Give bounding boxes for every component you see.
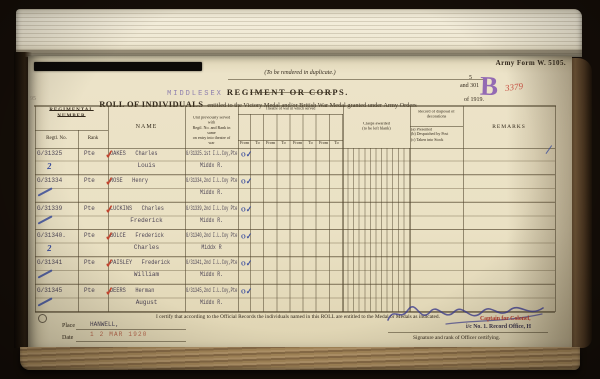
stamp-letter-b: B: [479, 71, 498, 103]
roll-entries: G/31325 2 Pte ✓ OAKES Charles Louis G/31…: [35, 148, 555, 312]
clasps-cell: [343, 203, 410, 229]
blue-check-mark: O✓: [241, 177, 253, 187]
name-line2: Charles: [108, 244, 185, 251]
red-check-mark: ✓: [104, 175, 115, 189]
record-office-line: i/c No. 1. Record Office, H: [466, 324, 531, 330]
rank-value: Pte: [84, 150, 95, 157]
roll-entry-row: G/31334 Pte ✓ ROSE Henry G/31334,2nd I.L…: [35, 175, 555, 202]
regtl-no-cell: G/31340. 2: [35, 230, 78, 256]
theatre-cell: O✓: [238, 230, 343, 256]
disposal-header: Record of disposal of decorations: [410, 110, 463, 123]
remarks-header: REMARKS: [463, 124, 555, 131]
name-line2: Louis: [108, 162, 185, 169]
clasps-header: Clasps awarded (to be left blank): [343, 122, 410, 135]
regtl-no-cell: G/31341: [35, 257, 78, 283]
rank-cell: Pte ✓: [78, 285, 108, 311]
name-line2: Frederick: [108, 217, 185, 224]
name-header: NAME: [108, 124, 185, 132]
unit-line1: G/31325.1st I.L.Coy,Pte: [186, 150, 237, 157]
red-check-mark: ✓: [104, 257, 115, 271]
unit-line1: G/31340,2nd I.L.Coy Pte: [186, 232, 237, 239]
unit-cell: G/31341,2nd I.L.Coy,Pte Middx R.: [185, 257, 238, 283]
clasps-cell: [343, 175, 410, 201]
name-cell: LUCKINS Charles Frederick: [108, 203, 185, 229]
from-label: From: [240, 141, 249, 147]
unit-line2: Middx R.: [190, 162, 232, 169]
col1-struck-header: REGIMENTAL NUMBER: [35, 108, 108, 119]
red-check-mark: ✓: [104, 229, 115, 243]
roll-entry-row: G/31341 Pte ✓ PAISLEY Frederick William …: [35, 257, 555, 284]
ledger-page: Army Form W. 5105. (To be rendered in du…: [28, 56, 572, 347]
form-number: Army Form W. 5105.: [496, 59, 566, 67]
rank-cell: Pte ✓: [78, 203, 108, 229]
regtl-no-cell: G/31325 2: [35, 148, 78, 174]
unit-cell: G/31334,2nd I.L.Coy Pte Middx R.: [185, 175, 238, 201]
rank-cell: Pte ✓: [78, 175, 108, 201]
red-check-mark: ✓: [104, 284, 115, 298]
from-label: From: [266, 141, 275, 147]
remarks-cell: [463, 175, 555, 201]
theatre-cell: O✓: [238, 285, 343, 311]
unit-line1: G/31334,2nd I.L.Coy Pte: [186, 177, 237, 184]
blue-ink-annotation: 2: [47, 243, 52, 253]
name-line1: DEERS Herman: [110, 287, 154, 294]
name-line2: August: [108, 299, 185, 306]
unit-line1: G/31345,2nd I.L.Coy,Pte: [186, 287, 237, 294]
clasps-cell: [343, 230, 410, 256]
rank-value: Pte: [84, 259, 95, 266]
from-to-header-row: From To From To From To From To: [238, 140, 343, 148]
red-check-mark: ✓: [104, 202, 115, 216]
disposal-items: (a) Presented (b) Despatched by Post (c)…: [411, 128, 463, 147]
place-label: Place: [62, 323, 75, 329]
theatre-cell: O✓: [238, 175, 343, 201]
to-label: To: [279, 141, 288, 147]
theatre-caption: Theatre of war in which served: [249, 107, 333, 112]
regtl-no-value: G/31340.: [37, 232, 66, 239]
red-check-mark: ✓: [104, 147, 115, 161]
to-label: To: [306, 141, 315, 147]
rank-cell: Pte ✓: [78, 148, 108, 174]
regtl-no-cell: G/31345: [35, 285, 78, 311]
unit-line2: Middx R: [190, 244, 232, 251]
officer-rank-print: Captain for Colonel,: [480, 316, 531, 322]
clasps-cell: [343, 257, 410, 283]
name-line1: PAISLEY Frederick: [110, 259, 170, 266]
orders-line2: and 301: [460, 83, 479, 89]
unit-cell: G/31340,2nd I.L.Coy Pte Middx R: [185, 230, 238, 256]
blue-ink-slash: [38, 215, 53, 224]
rank-cell: Pte ✓: [78, 257, 108, 283]
regtl-no-header: Regtl. No.: [35, 136, 78, 142]
blue-check-mark: O✓: [241, 259, 253, 269]
blue-check-mark: O✓: [241, 204, 253, 214]
theatre-cell: O✓: [238, 148, 343, 174]
roll-entry-row: G/31339 Pte ✓ LUCKINS Charles Frederick …: [35, 203, 555, 230]
regtl-no-cell: G/31339: [35, 203, 78, 229]
place-value: HANWELL,: [90, 321, 119, 328]
theatre-cell: O✓: [238, 257, 343, 283]
name-line1: BOLCE Frederick: [110, 232, 164, 239]
unit-cell: G/31339,2nd I.L.Coy Pte Middx R.: [185, 203, 238, 229]
blue-check-mark: O✓: [241, 231, 253, 241]
disposal-cell: [410, 175, 463, 201]
blue-ink-slash: [38, 188, 53, 197]
book-page-stack-bottom: [20, 347, 580, 370]
rank-value: Pte: [84, 177, 95, 184]
disposal-cell: [410, 148, 463, 174]
to-label: To: [332, 141, 341, 147]
unit-line2: Middx R.: [190, 271, 232, 278]
rank-value: Pte: [84, 287, 95, 294]
blue-ink-slash: [38, 270, 53, 279]
name-cell: DEERS Herman August: [108, 285, 185, 311]
from-label: From: [292, 141, 301, 147]
orders-line1: 5: [469, 75, 472, 81]
regtl-no-value: G/31345: [37, 287, 62, 294]
unit-line1: G/31339,2nd I.L.Coy Pte: [186, 205, 237, 212]
unit-cell: G/31325.1st I.L.Coy,Pte Middx R.: [185, 148, 238, 174]
ink-mark-circle: [38, 314, 47, 323]
date-label: Date: [62, 335, 73, 341]
remarks-cell: [463, 203, 555, 229]
from-label: From: [319, 141, 328, 147]
handwritten-number-red: 3379: [504, 81, 523, 93]
unit-cell: G/31345,2nd I.L.Coy,Pte Middx R.: [185, 285, 238, 311]
name-cell: OAKES Charles Louis: [108, 148, 185, 174]
rank-value: Pte: [84, 232, 95, 239]
clasps-cell: [343, 148, 410, 174]
disposal-cell: [410, 203, 463, 229]
disposal-cell: [410, 257, 463, 283]
name-cell: ROSE Henry: [108, 175, 185, 201]
margin-pencil-note: 95: [30, 96, 36, 102]
to-label: To: [253, 141, 262, 147]
unit-line2: Middx R.: [190, 217, 232, 224]
rank-header: Rank: [78, 136, 108, 142]
roll-entry-row: G/31325 2 Pte ✓ OAKES Charles Louis G/31…: [35, 148, 555, 175]
unit-line2: Middx R.: [190, 299, 232, 306]
name-cell: BOLCE Frederick Charles: [108, 230, 185, 256]
rank-cell: Pte ✓: [78, 230, 108, 256]
date-stamp: 1 2 MAR 1920: [90, 331, 148, 338]
regtl-no-value: G/31339: [37, 205, 62, 212]
remarks-cell: [463, 148, 555, 174]
rank-value: Pte: [84, 205, 95, 212]
theatre-cell: O✓: [238, 203, 343, 229]
remarks-cell: [463, 230, 555, 256]
remarks-cell: [463, 257, 555, 283]
regtl-no-cell: G/31334: [35, 175, 78, 201]
name-cell: PAISLEY Frederick William: [108, 257, 185, 283]
blue-ink-slash: [38, 297, 53, 306]
regtl-no-value: G/31341: [37, 259, 62, 266]
blue-ink-annotation: 2: [47, 161, 52, 171]
name-line1: ROSE Henry: [110, 177, 148, 184]
disposal-cell: [410, 230, 463, 256]
unit-line1: G/31341,2nd I.L.Coy,Pte: [186, 259, 237, 266]
regtl-no-value: G/31325: [37, 150, 62, 157]
name-line1: LUCKINS Charles: [110, 205, 164, 212]
unit-line2: Middx R.: [190, 189, 232, 196]
regtl-no-value: G/31334: [37, 177, 62, 184]
name-line1: OAKES Charles: [110, 150, 158, 157]
name-line2: William: [108, 271, 185, 278]
blue-check-mark: O✓: [241, 149, 253, 159]
signature-caption: Signature and rank of Officer certifying…: [413, 335, 500, 341]
blue-check-mark: O✓: [241, 286, 253, 296]
roll-entry-row: G/31340. 2 Pte ✓ BOLCE Frederick Charles…: [35, 230, 555, 257]
